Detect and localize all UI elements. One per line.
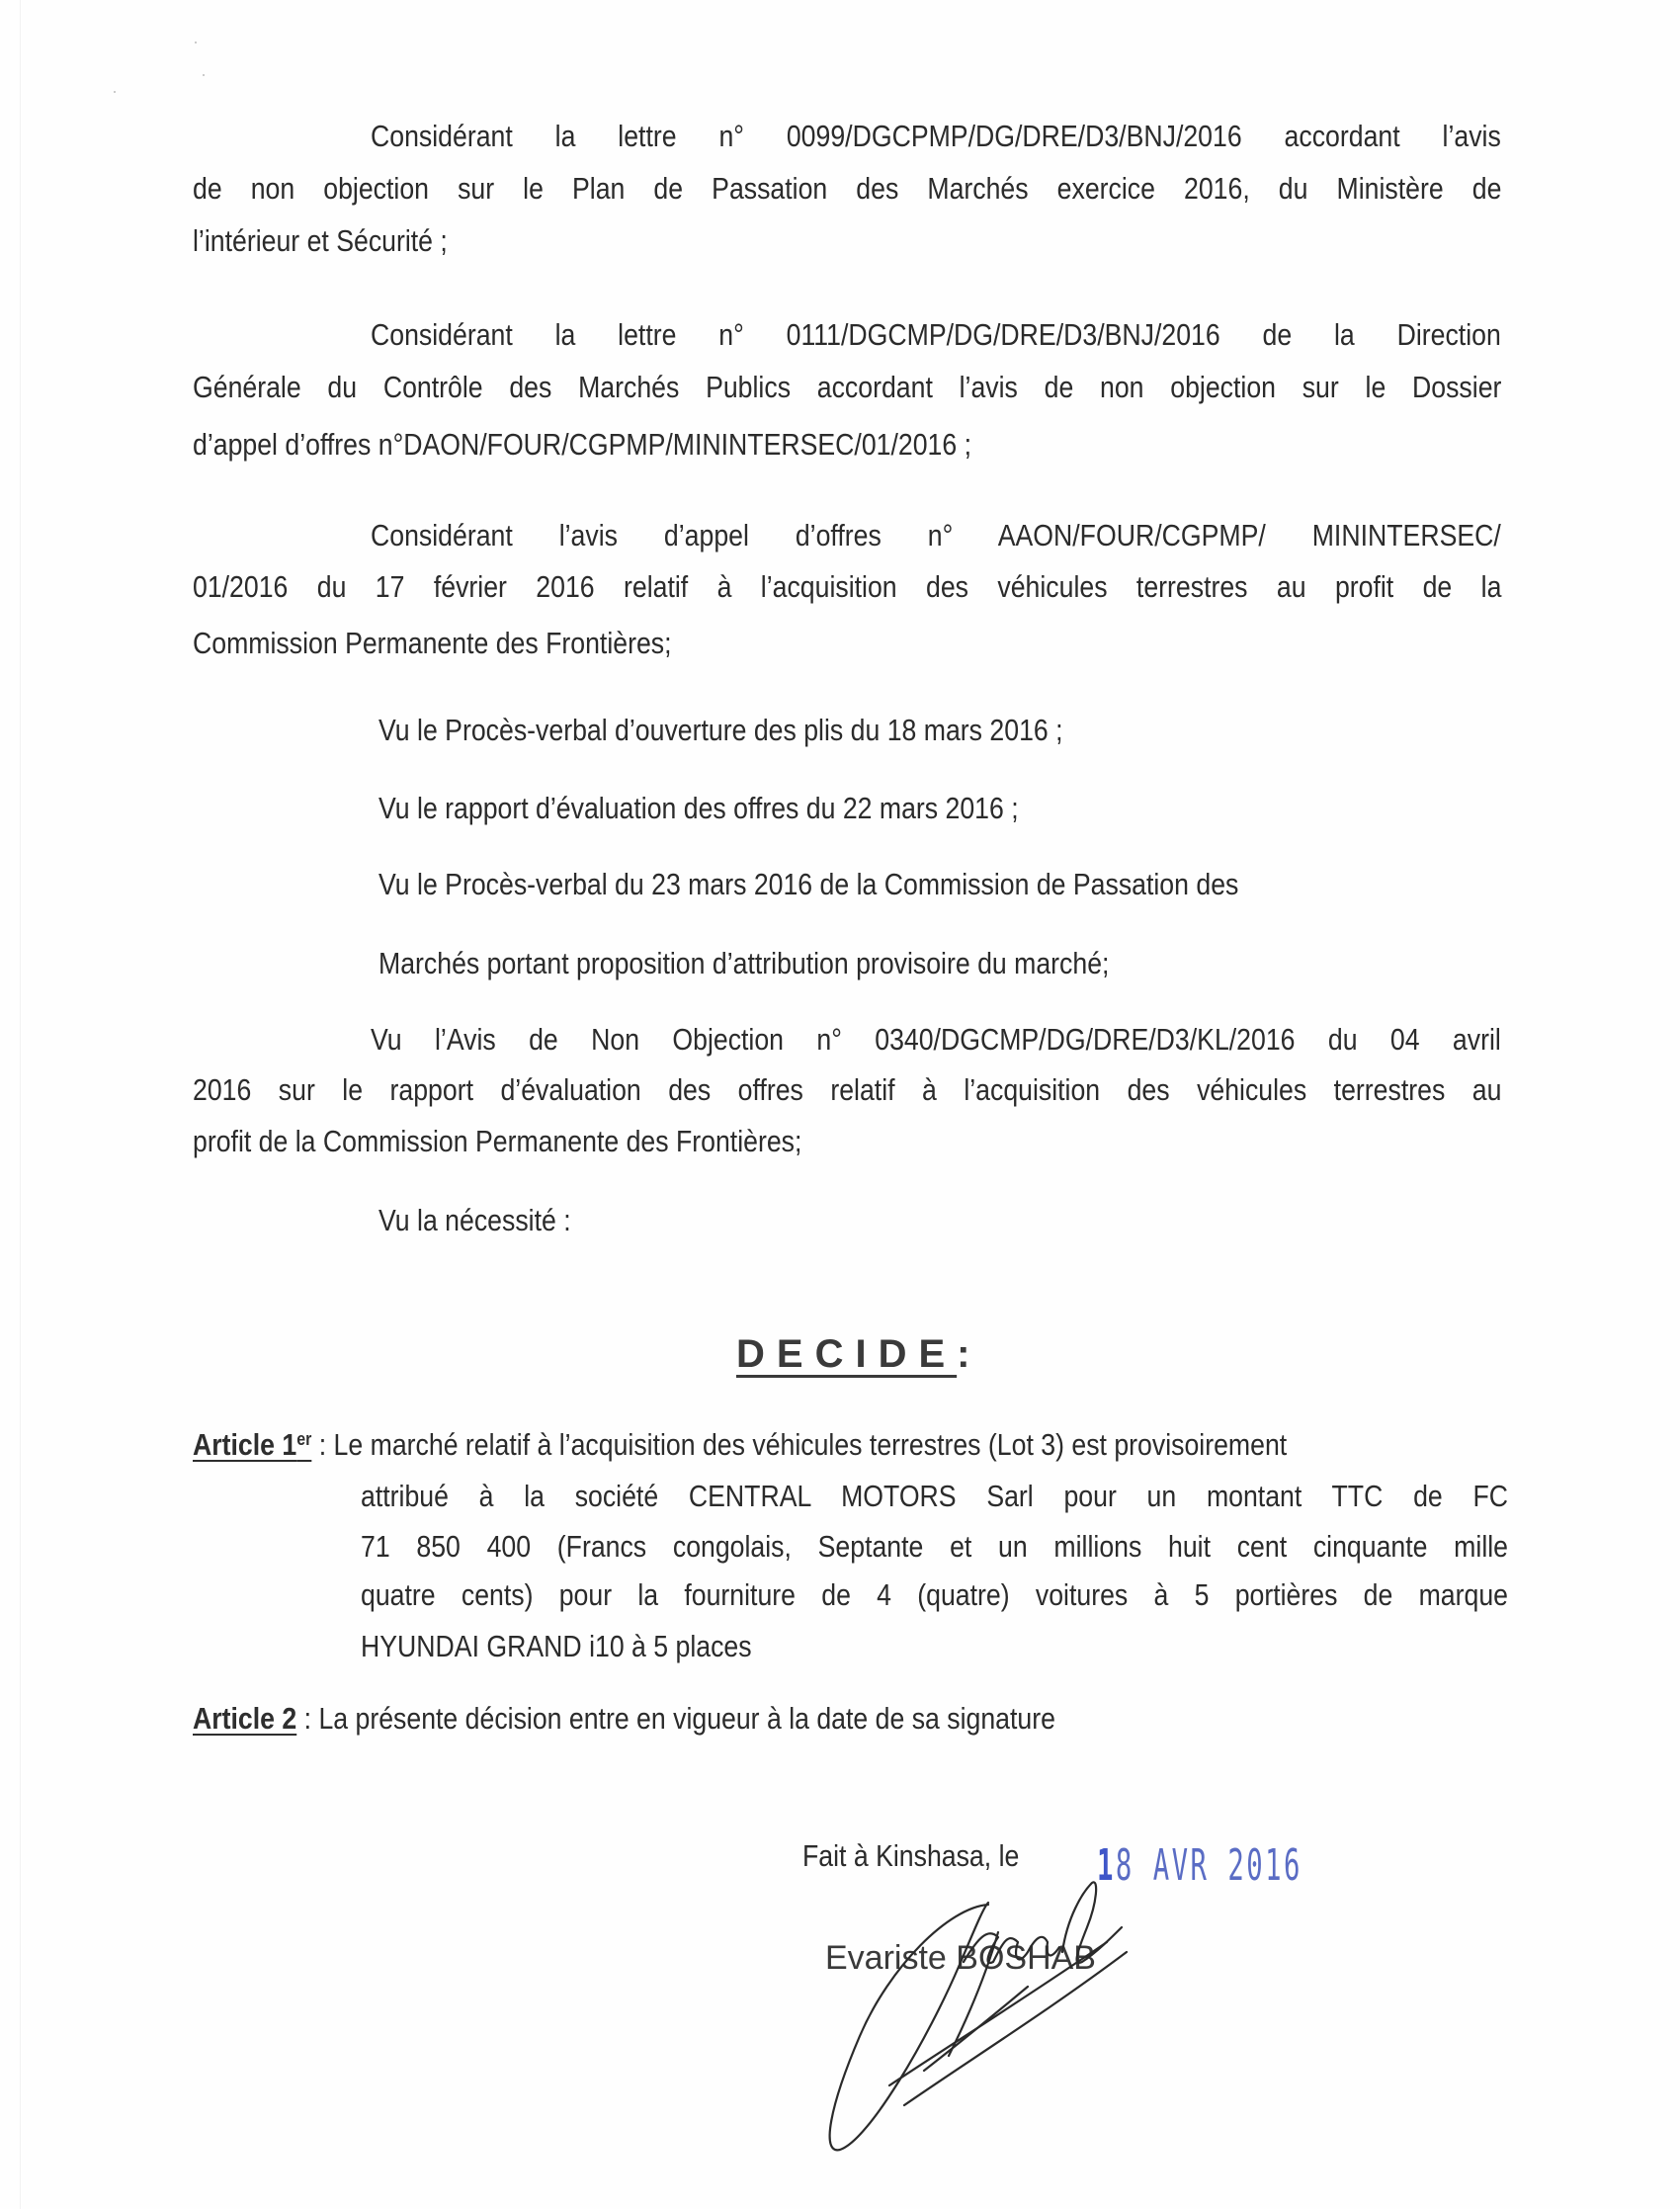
scan-speck (203, 74, 205, 76)
vu-avis-line-3: profit de la Commission Permanente des F… (193, 1126, 1501, 1156)
signatory-name: Evariste BOSHAB (825, 1939, 1096, 1978)
p1-line-2: de non objection sur le Plan de Passatio… (193, 173, 1501, 204)
article-1-line-2: attribué à la société CENTRAL MOTORS Sar… (361, 1481, 1508, 1511)
vu-proces-verbal-commission-1: Vu le Procès-verbal du 23 mars 2016 de l… (378, 869, 1238, 899)
vu-proces-verbal-commission-2: Marchés portant proposition d’attributio… (378, 948, 1109, 978)
p1-line-1: Considérant la lettre n° 0099/DGCPMP/DG/… (371, 121, 1501, 151)
p3-line-2: 01/2016 du 17 février 2016 relatif à l’a… (193, 571, 1501, 602)
article-1-line-5: HYUNDAI GRAND i10 à 5 places (361, 1631, 752, 1661)
place-and-date-label: Fait à Kinshasa, le (802, 1840, 1019, 1871)
p2-line-1: Considérant la lettre n° 0111/DGCMP/DG/D… (371, 319, 1501, 350)
vu-avis-line-2: 2016 sur le rapport d’évaluation des off… (193, 1074, 1501, 1105)
article-1-line-4: quatre cents) pour la fourniture de 4 (q… (361, 1579, 1508, 1610)
decide-heading-colon: : (957, 1332, 981, 1376)
scan-speck (195, 42, 197, 43)
p3-line-1: Considérant l’avis d’appel d’offres n° A… (371, 520, 1501, 551)
date-stamp-day-first: 1 (1097, 1840, 1116, 1891)
vu-avis-line-1: Vu l’Avis de Non Objection n° 0340/DGCMP… (371, 1024, 1501, 1055)
article-2-line: Article 2 : La présente décision entre e… (193, 1703, 1055, 1734)
p2-line-3: d’appel d’offres n°DAON/FOUR/CGPMP/MININ… (193, 429, 1501, 460)
vu-necessite: Vu la nécessité : (378, 1205, 571, 1235)
document-page: Considérant la lettre n° 0099/DGCPMP/DG/… (0, 0, 1680, 2209)
scan-speck (114, 91, 116, 93)
scan-edge-line (20, 0, 21, 2209)
p2-line-2: Générale du Contrôle des Marchés Publics… (193, 372, 1501, 402)
decide-heading-text: DECIDE (736, 1332, 957, 1376)
article-1-line-3: 71 850 400 (Francs congolais, Septante e… (361, 1531, 1508, 1562)
date-stamp: 18 AVR 2016 (1097, 1840, 1302, 1891)
p3-line-3: Commission Permanente des Frontières; (193, 628, 1501, 658)
decide-heading: DECIDE: (736, 1332, 981, 1377)
p1-line-3: l’intérieur et Sécurité ; (193, 225, 1501, 256)
article-2-label: Article 2 (193, 1701, 296, 1736)
date-stamp-rest: 8 AVR 2016 (1116, 1840, 1302, 1891)
article-1-label: Article 1er (193, 1427, 311, 1462)
vu-rapport-evaluation: Vu le rapport d’évaluation des offres du… (378, 793, 1019, 823)
article-1-first-line: Article 1er : Le marché relatif à l’acqu… (193, 1429, 1287, 1460)
vu-proces-verbal-ouverture: Vu le Procès-verbal d’ouverture des plis… (378, 715, 1063, 745)
